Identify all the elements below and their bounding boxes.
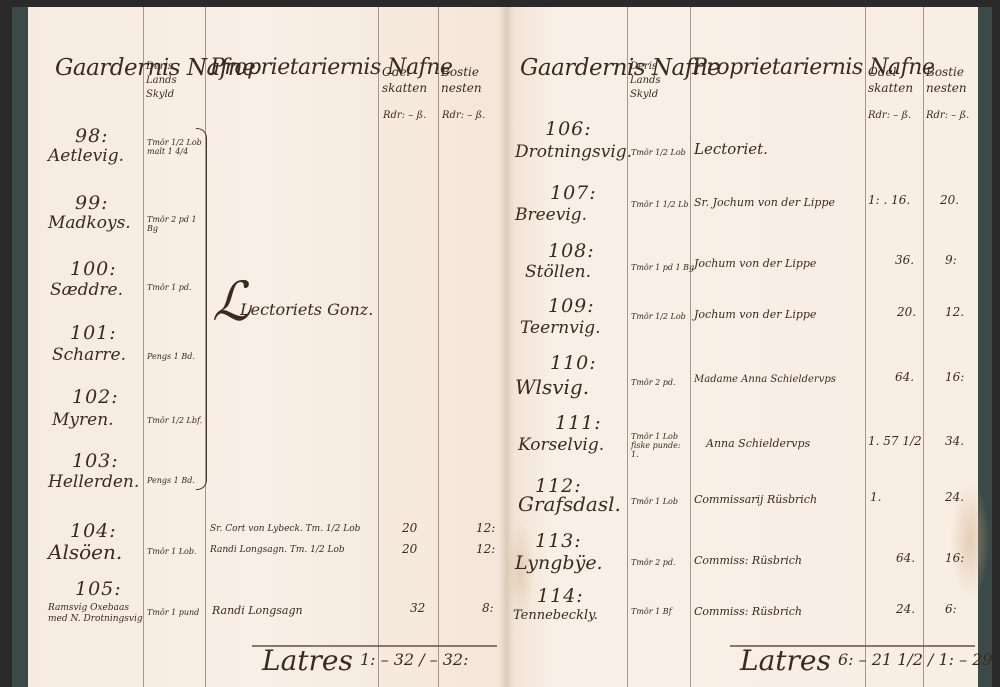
header-odel-units: Rdr: – ß. [868,110,911,121]
farm-name: Aetlevig. [48,146,124,166]
odel-value: 32 [410,601,425,615]
odel-value: 20 [402,521,417,535]
odel-value: 1. [870,490,881,504]
farm-name: Madkoys. [48,213,131,233]
book-cover-left [12,7,28,687]
bostie-value: 12: [476,521,495,535]
land-skyld: Tmör 1/2 Lbf. [147,416,203,425]
owner-name: Randi Longsagn. Tm. 1/2 Lob [210,545,345,555]
owner-name: Commissarij Rüsbrich [694,493,817,506]
odel-value: 24. [896,602,915,616]
farm-number: 107: [550,182,597,204]
farm-number: 101: [70,322,117,344]
land-skyld: Tmör 1 pd 1 Bg [631,263,694,272]
total-value: 1: – 32 / – 32: [360,650,469,669]
owner-name: Commiss: Rüsbrich [694,554,802,567]
owner-name: Jochum von der Lippe [694,257,816,270]
odel-value: 64. [895,370,914,384]
land-skyld: Tmör 1/2 Lob [631,148,686,157]
odel-value: 1. 57 1/2 [868,434,922,448]
farm-number: 108: [548,240,595,262]
farm-name: Ramsvig Oxebaas med N. Drotningsvig [48,603,144,625]
farm-name: Alsöen. [48,540,122,564]
column-rule [923,7,924,687]
farm-number: 114: [537,585,584,607]
bracket [196,128,207,490]
header-odel-tax: Odel skatten [382,64,438,96]
odel-value: 20 [402,542,417,556]
farm-number: 104: [70,520,117,542]
owner-name: Anna Schieldervps [706,437,810,450]
farm-number: 105: [75,578,122,600]
bostie-value: 6: [945,602,957,616]
farm-name: Hellerden. [48,472,139,492]
farm-name: Drotningsvig. [515,142,632,162]
column-rule [438,7,439,687]
header-odel-units: Rdr: – ß. [383,110,426,121]
farm-name: Scharre. [52,345,126,365]
column-rule [378,7,379,687]
farm-number: 98: [75,125,109,147]
header-farm-name: Gaardernis Nafne [520,55,720,81]
farm-number: 106: [545,118,592,140]
header-bostie-units: Rdr: – ß. [442,110,485,121]
farm-name: Myren. [52,410,114,430]
farm-number: 111: [555,412,602,434]
total-value: 6: – 21 1/2 / 1: – 29: [838,650,998,669]
owner-name: Sr. Cort von Lybeck. Tm. 1/2 Lob [210,524,360,534]
owner-name: Jochum von der Lippe [694,308,816,321]
bostie-value: 34. [945,434,964,448]
farm-number: 109: [548,295,595,317]
farm-number: 103: [72,450,119,472]
odel-value: 20. [897,305,916,319]
farm-number: 100: [70,258,117,280]
farm-name: Teernvig. [520,318,601,338]
odel-value: 64. [896,551,915,565]
farm-name: Breevig. [515,205,587,225]
land-skyld: Tmör 1/2 Lob malt 1 4/4 [147,138,203,156]
farm-name: Korselvig. [518,435,604,455]
farm-name: Lyngbÿe. [515,552,603,574]
column-rule [865,7,866,687]
header-land-tax: Deris Lands Skyld [146,60,204,102]
land-skyld: Tmör 1 Lob. [147,547,197,556]
bostie-value: 8: [482,601,494,615]
header-odel-tax: Odel skatten [868,64,924,96]
owner-name: Randi Longsagn [212,604,303,617]
header-bostie-tax: Bostie nesten [926,64,978,96]
owner-name: Madame Anna Schieldervps [694,374,836,385]
header-bostie-tax: Bostie nesten [441,64,497,96]
farm-number: 99: [75,192,109,214]
bracketed-owner: Lectoriets Gonz. [240,300,373,319]
column-rule [143,7,144,687]
owner-name: Sr. Jochum von der Lippe [694,196,835,209]
farm-number: 113: [535,530,582,552]
land-skyld: Tmör 2 pd. [631,558,676,567]
land-skyld: Tmör 1 Bf [631,607,672,616]
bostie-value: 24. [945,490,964,504]
land-skyld: Tmör 2 pd. [631,378,676,387]
total-label: Latres [262,644,353,677]
owner-name: Lectoriet. [694,140,768,158]
land-skyld: Pengs 1 Bd. [147,476,203,485]
farm-number: 102: [72,386,119,408]
header-bostie-units: Rdr: – ß. [926,110,969,121]
farm-name: Wlsvig. [515,375,589,399]
odel-value: 36. [895,253,914,267]
farm-name: Sæddre. [50,280,123,300]
land-skyld: Tmör 1 pd. [147,283,203,292]
total-label: Latres [740,644,831,677]
land-skyld: Tmör 1 Lob [631,497,678,506]
bostie-value: 20. [940,193,959,207]
bostie-value: 16: [945,551,964,565]
header-land-tax: Deris Lands Skyld [630,60,688,102]
column-rule [627,7,628,687]
bostie-value: 16: [945,370,964,384]
farm-name: Grafsdasl. [518,492,621,516]
column-rule [690,7,691,687]
odel-value: 1: . 16. [868,193,910,207]
farm-number: 110: [550,352,597,374]
bostie-value: 9: [945,253,957,267]
farm-name: Tennebeckly. [513,608,598,623]
land-skyld: Tmör 2 pd 1 Bg [147,215,203,233]
bostie-value: 12: [476,542,495,556]
land-skyld: Tmör 1/2 Lob [631,312,686,321]
land-skyld: Tmör 1 1/2 Lb [631,200,689,209]
land-skyld: Pengs 1 Bd. [147,352,203,361]
farm-name: Stöllen. [525,262,591,282]
land-skyld: Tmör 1 Lob fiske punde: 1. [631,432,689,459]
land-skyld: Tmör 1 pund [147,608,199,617]
bostie-value: 12. [945,305,964,319]
owner-name: Commiss: Rüsbrich [694,605,802,618]
